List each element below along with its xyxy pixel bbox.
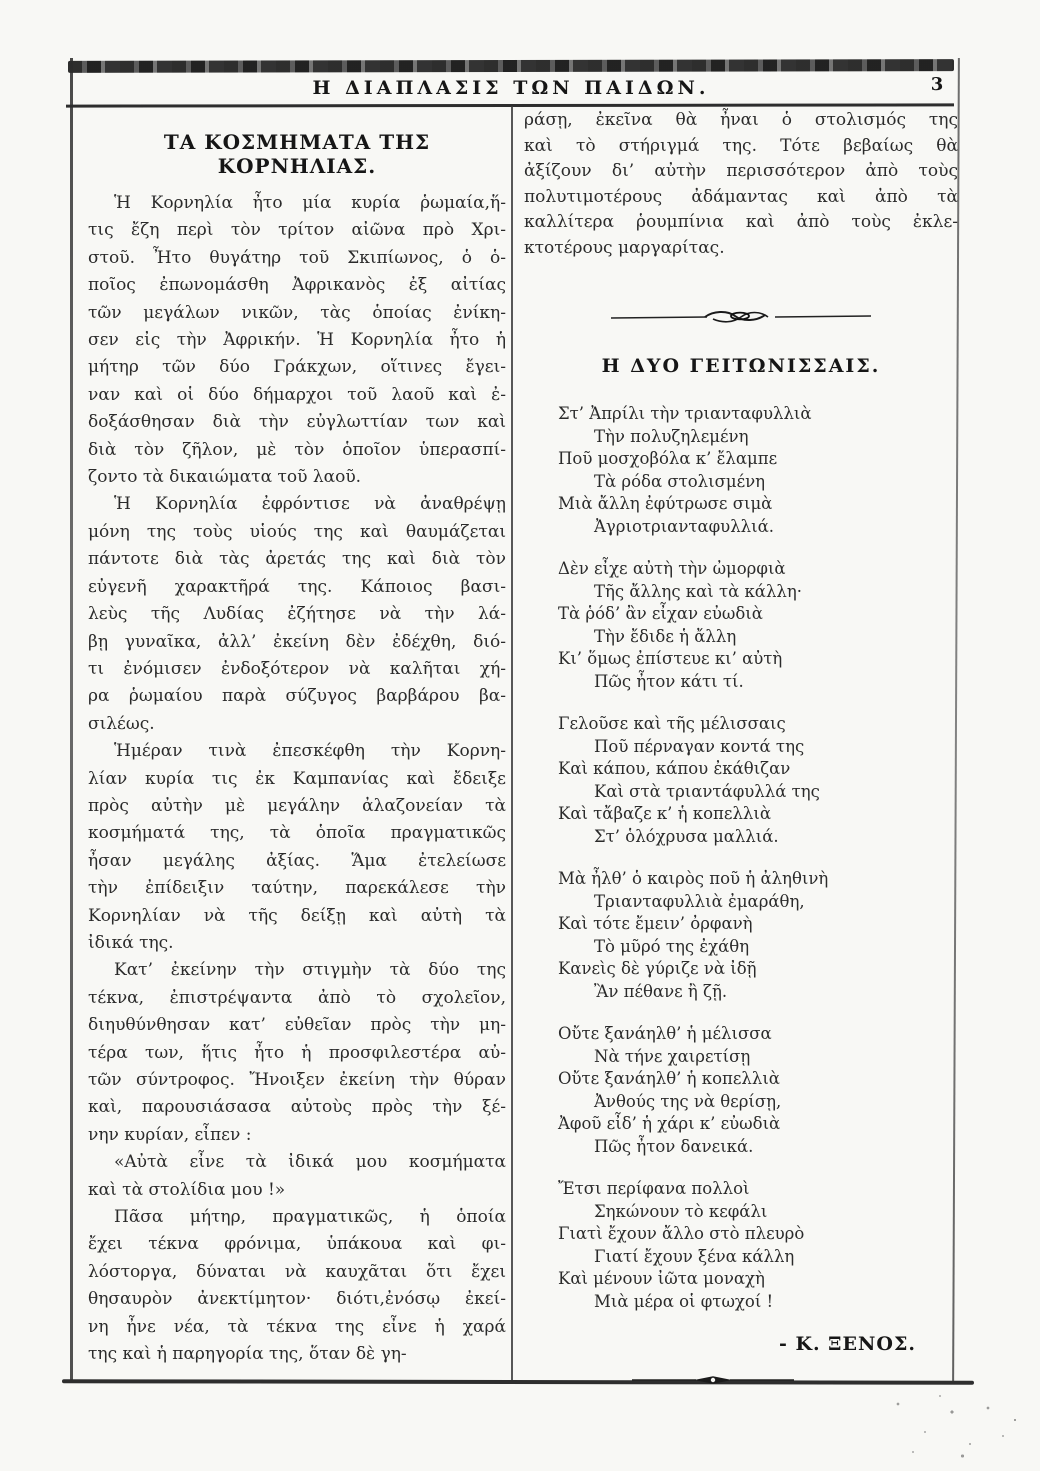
text-line: νη ἦνε νέα, τὰ τέκνα της εἶνε ἡ χαρά bbox=[88, 1314, 506, 1341]
masthead-title: Η ΔΙΑΠΛΑΣΙΣ ΤΩΝ ΠΑΙΔΩΝ. bbox=[68, 77, 954, 99]
poem-line: Ἀφοῦ εἶδ’ ἡ χάρι κ’ εὐωδιὰ bbox=[558, 1113, 958, 1136]
text-line: σεν εἰς τὴν Ἀφρικήν. Ἡ Κορνηλία ἦτο ἡ bbox=[88, 327, 506, 354]
poem-line: Ἔτσι περίφανα πολλοὶ bbox=[558, 1178, 958, 1201]
poem-line: Κανεὶς δὲ γύριζε νὰ ἰδῇ bbox=[558, 958, 958, 981]
page-border-left bbox=[70, 58, 73, 1382]
poem-line: Πῶς ἦτον δανεικά. bbox=[594, 1136, 958, 1159]
poem-line: Τὸ μῦρό της ἐχάθη bbox=[594, 936, 958, 959]
text-line: Κατ’ ἐκείνην τὴν στιγμὴν τὰ δύο της bbox=[88, 957, 506, 984]
poem-line: Καὶ μένουν ἰῶτα μοναχὴ bbox=[558, 1268, 958, 1291]
text-line: ἔχει τέκνα φρόνιμα, ὑπάκουα καὶ φι- bbox=[88, 1231, 506, 1258]
text-line: ἰδικά της. bbox=[88, 930, 506, 957]
poem-line: Οὔτε ξανάηλθ’ ἡ μέλισσα bbox=[558, 1023, 958, 1046]
poem-signature: - Κ. ΞΕΝΟΣ. bbox=[524, 1333, 958, 1355]
stanza: Δὲν εἶχε αὐτὴ τὴν ὠμορφιὰ Τῆς ἄλλης καὶ … bbox=[558, 558, 958, 693]
text-line: καὶ τὰ στολίδια μου !» bbox=[88, 1177, 506, 1204]
stanza: Ἔτσι περίφανα πολλοὶ Σηκώνουν τὸ κεφάλι … bbox=[558, 1178, 958, 1313]
text-line: Κορνηλίαν νὰ τῆς δείξῃ καὶ αὐτὴ τὰ bbox=[88, 903, 506, 930]
text-line: νην κυρίαν, εἶπεν : bbox=[88, 1122, 506, 1149]
poem-line: Σηκώνουν τὸ κεφάλι bbox=[594, 1201, 958, 1224]
text-line: ζοντο τὰ δικαιώματα τοῦ λαοῦ. bbox=[88, 464, 506, 491]
poem-line: Ποῦ πέρναγαν κοντά της bbox=[594, 736, 958, 759]
text-line: τέκνα, ἐπιστρέψαντα ἀπὸ τὸ σχολεῖον, bbox=[88, 985, 506, 1012]
text-line: Πᾶσα μήτηρ, πραγματικῶς, ἡ ὁποία bbox=[88, 1204, 506, 1231]
poem-line: Τὴν πολυζηλεμένη bbox=[594, 426, 958, 449]
column-divider-rule bbox=[511, 106, 513, 1382]
text-line: πρὸς αὐτὴν μὲ μεγάλην ἀλαζονείαν τὰ bbox=[88, 793, 506, 820]
right-column: ράσῃ, ἐκεῖνα θὰ ἦναι ὁ στολισμός της καὶ… bbox=[524, 108, 958, 1390]
poem-line: Ἀνθούς της νὰ θερίσῃ, bbox=[594, 1091, 958, 1114]
poem-line: Μιὰ ἄλλη ἐφύτρωσε σιμὰ bbox=[558, 493, 958, 516]
poem-line: Δὲν εἶχε αὐτὴ τὴν ὠμορφιὰ bbox=[558, 558, 958, 581]
text-line: μόνη της τοὺς υἱούς της καὶ θαυμάζεται bbox=[88, 519, 506, 546]
text-line: βῃ γυναῖκα, ἀλλ’ ἐκείνη δὲν ἐδέχθη, διό- bbox=[88, 629, 506, 656]
article-paragraphs: Ἡ Κορνηλία ἦτο μία κυρία ῥωμαία,ἥ- τις ἔ… bbox=[88, 190, 506, 1368]
poem-title: Η ΔΥΟ ΓΕΙΤΩΝΙΣΣΑΙΣ. bbox=[524, 355, 958, 377]
scroll-rule-ornament-icon bbox=[609, 307, 873, 325]
text-line: ρα ῥωμαίου παρὰ σύζυγος βαρβάρου βα- bbox=[88, 683, 506, 710]
text-line: κτοτέρους μαργαρίτας. bbox=[524, 236, 958, 262]
text-line: καὶ τὸ στήριγμά της. Τότε βεβαίως θὰ bbox=[524, 134, 958, 160]
text-line: καλλίτερα ῥουμπίνια καὶ ἀπὸ τοὺς ἐκλε- bbox=[524, 210, 958, 236]
stanza: Οὔτε ξανάηλθ’ ἡ μέλισσα Νὰ τήνε χαιρετίσ… bbox=[558, 1023, 958, 1158]
text-line: τῶν σύντροφος. Ἤνοιξεν ἐκείνη τὴν θύραν bbox=[88, 1067, 506, 1094]
text-line: ράσῃ, ἐκεῖνα θὰ ἦναι ὁ στολισμός της bbox=[524, 108, 958, 134]
paragraph: Κατ’ ἐκείνην τὴν στιγμὴν τὰ δύο της τέκν… bbox=[88, 957, 506, 1149]
poem-line: Μὰ ἦλθ’ ὁ καιρὸς ποῦ ἡ ἀληθινὴ bbox=[558, 868, 958, 891]
poem-line: Κι’ ὅμως ἐπίστευε κι’ αὐτὴ bbox=[558, 648, 958, 671]
text-line: πάντοτε διὰ τὰς ἀρετάς της καὶ διὰ τὸν bbox=[88, 546, 506, 573]
poem-line: Πῶς ἦτον κάτι τί. bbox=[594, 671, 958, 694]
poem-line: Τὴν ἔδιδε ἡ ἄλλη bbox=[594, 626, 958, 649]
poem-line: Καὶ τότε ἔμειν’ ὀρφανὴ bbox=[558, 913, 958, 936]
text-line: Ἡ Κορνηλία ἐφρόντισε νὰ ἀναθρέψῃ bbox=[88, 491, 506, 518]
poem-line: Γιατί ἔχουν ξένα κάλλη bbox=[594, 1246, 958, 1269]
text-line: Ἡ Κορνηλία ἦτο μία κυρία ῥωμαία,ἥ- bbox=[88, 190, 506, 217]
text-line: τι ἐνόμισεν ἐνδοξότερον νὰ καλῆται χή- bbox=[88, 656, 506, 683]
stanza: Γελοῦσε καὶ τῆς μέλισσαις Ποῦ πέρναγαν κ… bbox=[558, 713, 958, 848]
section-divider bbox=[524, 307, 958, 329]
poem-line: Μιὰ μέρα οἱ φτωχοί ! bbox=[594, 1291, 958, 1314]
text-line: μήτηρ τῶν δύο Γράκχων, οἵτινες ἔγει- bbox=[88, 354, 506, 381]
scan-noise-speckles bbox=[880, 1388, 1030, 1468]
scanned-newspaper-page: Η ΔΙΑΠΛΑΣΙΣ ΤΩΝ ΠΑΙΔΩΝ. 3 ΤΑ ΚΟΣΜΗΜΑΤΑ Τ… bbox=[0, 0, 1040, 1471]
article-continuation: ράσῃ, ἐκεῖνα θὰ ἦναι ὁ στολισμός της καὶ… bbox=[524, 108, 958, 261]
text-line: τέρα των, ἥτις ἦτο ἡ προσφιλεστέρα αὐ- bbox=[88, 1040, 506, 1067]
text-line: τῶν μεγάλων νικῶν, τὰς ὁποίας ἐνίκη- bbox=[88, 300, 506, 327]
masthead-top-band bbox=[68, 59, 954, 73]
poem-line: Καὶ τἄβαζε κ’ ἡ κοπελλιὰ bbox=[558, 803, 958, 826]
paragraph: Ἡ Κορνηλία ἦτο μία κυρία ῥωμαία,ἥ- τις ἔ… bbox=[88, 190, 506, 491]
text-line: διηυθύνθησαν κατ’ εὐθεῖαν πρὸς τὴν μη- bbox=[88, 1012, 506, 1039]
text-line: ναν καὶ οἱ δύο δήμαρχοι τοῦ λαοῦ καὶ ἐ- bbox=[88, 382, 506, 409]
poem-line: Ποῦ μοσχοβόλα κ’ ἔλαμπε bbox=[558, 448, 958, 471]
poem-line: Τριανταφυλλιὰ ἐμαράθη, bbox=[594, 891, 958, 914]
diamond-rule-ornament-icon bbox=[628, 1374, 798, 1386]
text-line: πολυτιμοτέρους ἀδάμαντας καὶ ἀπὸ τὰ bbox=[524, 185, 958, 211]
poem-stanzas: Στ’ Ἀπρίλι τὴν τριανταφυλλιὰ Τὴν πολυζηλ… bbox=[524, 403, 958, 1313]
page-number: 3 bbox=[916, 74, 958, 95]
text-line: τις ἔζη περὶ τὸν τρίτον αἰῶνα πρὸ Χρι- bbox=[88, 217, 506, 244]
paragraph: Πᾶσα μήτηρ, πραγματικῶς, ἡ ὁποία ἔχει τέ… bbox=[88, 1204, 506, 1368]
poem-line: Στ’ Ἀπρίλι τὴν τριανταφυλλιὰ bbox=[558, 403, 958, 426]
article-title: ΤΑ ΚΟΣΜΗΜΑΤΑ ΤΗΣ ΚΟΡΝΗΛΙΑΣ. bbox=[88, 130, 506, 178]
text-line: λίαν κυρία τις ἐκ Καμπανίας καὶ ἔδειξε bbox=[88, 766, 506, 793]
poem-line: Νὰ τήνε χαιρετίσῃ bbox=[594, 1046, 958, 1069]
text-line: στοῦ. Ἦτο θυγάτηρ τοῦ Σκιπίωνος, ὁ ὁ- bbox=[88, 245, 506, 272]
poem-line: Γελοῦσε καὶ τῆς μέλισσαις bbox=[558, 713, 958, 736]
left-column: ΤΑ ΚΟΣΜΗΜΑΤΑ ΤΗΣ ΚΟΡΝΗΛΙΑΣ. Ἡ Κορνηλία ἦ… bbox=[88, 130, 506, 1368]
end-divider bbox=[496, 1371, 930, 1390]
text-line: ἦσαν μεγάλης ἀξίας. Ἅμα ἐτελείωσε bbox=[88, 848, 506, 875]
text-line: ποῖος ἐπωνομάσθη Ἀφρικανὸς ἐξ αἰτίας bbox=[88, 272, 506, 299]
poem-line: Οὔτε ξανάηλθ’ ἡ κοπελλιὰ bbox=[558, 1068, 958, 1091]
paragraph: Ἡμέραν τινὰ ἐπεσκέφθη τὴν Κορνη- λίαν κυ… bbox=[88, 738, 506, 957]
text-line: τὴν ἐπίδειξιν ταύτην, παρεκάλεσε τὴν bbox=[88, 875, 506, 902]
paragraph: Ἡ Κορνηλία ἐφρόντισε νὰ ἀναθρέψῃ μόνη τη… bbox=[88, 491, 506, 738]
text-line: λεὺς τῆς Λυδίας ἐζήτησε νὰ τὴν λά- bbox=[88, 601, 506, 628]
text-line: καὶ, παρουσιάσασα αὐτοὺς πρὸς τὴν ξέ- bbox=[88, 1094, 506, 1121]
poem-line: Καὶ στὰ τριαντάφυλλά της bbox=[594, 781, 958, 804]
text-line: ἀξίζουν δι’ αὐτὴν περισσότερον ἀπὸ τοὺς bbox=[524, 159, 958, 185]
text-line: εὐγενῆ χαρακτῆρά της. Κάποιος βασι- bbox=[88, 574, 506, 601]
poem-line: Ἂν πέθανε ἢ ζῇ. bbox=[594, 981, 958, 1004]
poem-line: Τὰ ῥόδ’ ἂν εἶχαν εὐωδιὰ bbox=[558, 603, 958, 626]
text-line: σιλέως. bbox=[88, 711, 506, 738]
text-line: διὰ τὸν ζῆλον, μὲ τὸν ὁποῖον ὑπερασπί- bbox=[88, 437, 506, 464]
poem-line: Τῆς ἄλλης καὶ τὰ κάλλη· bbox=[594, 581, 958, 604]
stanza: Μὰ ἦλθ’ ὁ καιρὸς ποῦ ἡ ἀληθινὴ Τριανταφυ… bbox=[558, 868, 958, 1003]
poem-line: Τὰ ρόδα στολισμένη bbox=[594, 471, 958, 494]
paragraph: «Αὐτὰ εἶνε τὰ ἰδικά μου κοσμήματα καὶ τὰ… bbox=[88, 1149, 506, 1204]
poem-line: Στ’ ὁλόχρυσα μαλλιά. bbox=[594, 826, 958, 849]
poem-line: Καὶ κάπου, κάπου ἐκάθιζαν bbox=[558, 758, 958, 781]
text-line: Ἡμέραν τινὰ ἐπεσκέφθη τὴν Κορνη- bbox=[88, 738, 506, 765]
text-line: κοσμήματά της, τὰ ὁποῖα πραγματικῶς bbox=[88, 820, 506, 847]
stanza: Στ’ Ἀπρίλι τὴν τριανταφυλλιὰ Τὴν πολυζηλ… bbox=[558, 403, 958, 538]
text-line: δοξάσθησαν διὰ τὴν εὐγλωττίαν των καὶ bbox=[88, 409, 506, 436]
poem-line: Ἀγριοτριανταφυλλιά. bbox=[594, 516, 958, 539]
text-line: λόστοργα, δύναται νὰ καυχᾶται ὅτι ἔχει bbox=[88, 1259, 506, 1286]
text-line: της καὶ ἡ παρηγορία της, ὅταν δὲ γη- bbox=[88, 1341, 506, 1368]
poem-line: Γιατὶ ἔχουν ἄλλο στὸ πλευρὸ bbox=[558, 1223, 958, 1246]
header-rule bbox=[66, 103, 954, 107]
text-line: θησαυρὸν ἀνεκτίμητον· διότι,ἐνόσῳ ἐκεί- bbox=[88, 1286, 506, 1313]
text-line: «Αὐτὰ εἶνε τὰ ἰδικά μου κοσμήματα bbox=[88, 1149, 506, 1176]
